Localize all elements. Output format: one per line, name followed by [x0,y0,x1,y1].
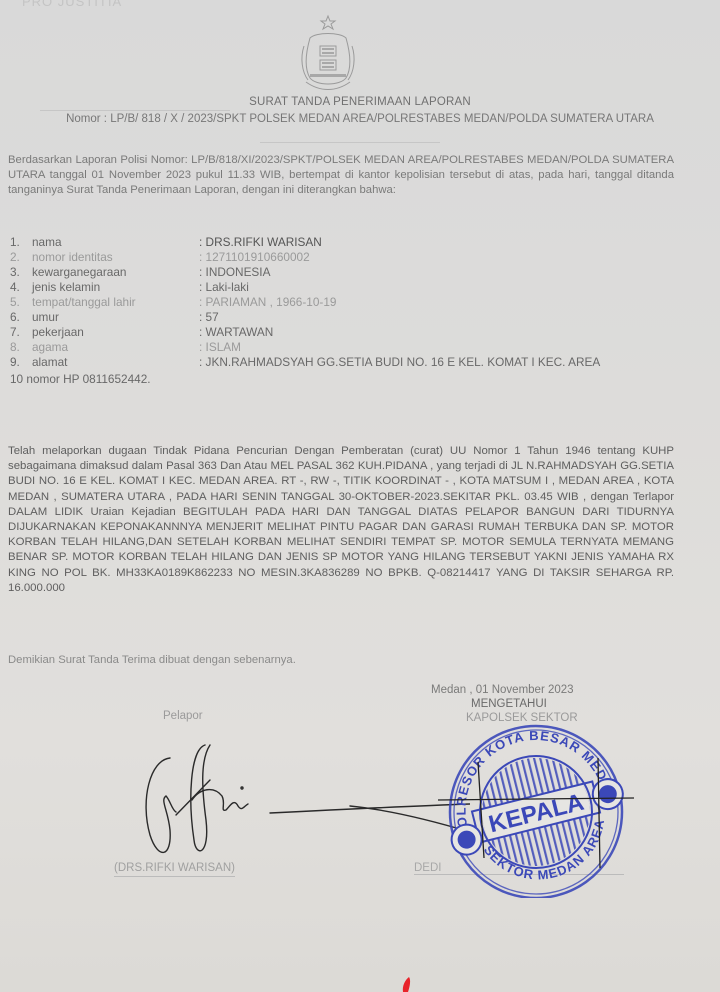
field-row: 7.pekerjaan: WARTAWAN [10,325,639,340]
field-row: 5.tempat/tanggal lahir: PARIAMAN , 1966-… [10,295,639,310]
report-number: Nomor : LP/B/ 818 / X / 2023/SPKT POLSEK… [40,112,680,127]
divider [260,142,440,143]
police-emblem-icon [296,12,360,96]
reporter-name: (DRS.RIFKI WARISAN) [114,862,235,877]
closing-statement: Demikian Surat Tanda Terima dibuat denga… [8,653,674,668]
phone-row: 10 nomor HP 0811652442. [10,372,639,387]
field-row: 4.jenis kelamin: Laki-laki [10,280,639,295]
field-row: 9.alamat: JKN.RAHMADSYAH GG.SETIA BUDI N… [10,355,639,370]
signature-icon [130,740,470,870]
divider [40,110,230,111]
document-page: PRO JUSTITIA SURAT TANDA PENERIMAAN LAPO… [0,0,720,992]
top-fragment-text: PRO JUSTITIA [22,0,122,9]
acknowledged-label: MENGETAHUI [471,698,547,710]
field-row: 8.agama: ISLAM [10,340,639,355]
field-row: 3.kewarganegaraan: INDONESIA [10,265,639,280]
report-body-paragraph: Telah melaporkan dugaan Tindak Pidana Pe… [8,444,674,596]
field-row: 2.nomor identitas: 1271101910660002 [10,250,639,265]
city-date: Medan , 01 November 2023 [431,684,574,696]
field-row: 6.umur: 57 [10,310,639,325]
pen-tip-icon [399,976,413,992]
reporter-label: Pelapor [163,710,203,722]
police-stamp-icon: KEPALA POLRESOR KOTA BESAR MEDAN SEKTOR … [438,718,634,898]
document-title: SURAT TANDA PENERIMAAN LAPORAN [0,96,720,108]
reporter-fields: 1.nama: DRS.RIFKI WARISAN 2.nomor identi… [10,235,639,387]
intro-paragraph: Berdasarkan Laporan Polisi Nomor: LP/B/8… [8,153,674,198]
field-row: 1.nama: DRS.RIFKI WARISAN [10,235,639,250]
